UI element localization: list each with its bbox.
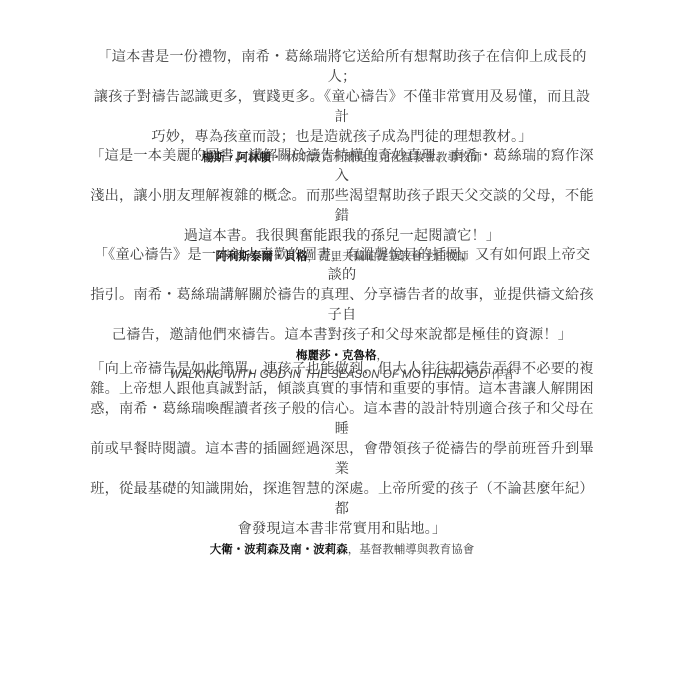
quote-line: 前或早餐時閱讀。這本書的插圖經過深思，會帶領孩子從禱告的學前班晉升到畢業 xyxy=(90,441,594,477)
quote-line: 指引。南希・葛絲瑞講解關於禱告的真理、分享禱告者的故事，並提供禱文給孩子自 xyxy=(90,287,594,323)
endorsement-quote: 「《童心禱告》是一本討人喜歡的圖書，有溫馨悅目的插圖，又有如何跟上帝交談的 指引… xyxy=(88,245,596,345)
endorsement-quote: 「這是一本美麗的圖書，講解關於禱告特權的奇妙真理。南希・葛絲瑞的寫作深入 淺出，… xyxy=(88,146,596,246)
quote-line: 巧妙，專為孩童而設；也是造就孩子成為門徒的理想教材。」 xyxy=(151,129,532,145)
quote-line: 淺出，讓小朋友理解複雜的概念。而那些渴望幫助孩子跟天父交談的父母，不能錯 xyxy=(90,188,594,224)
quote-line: 惑，南希・葛絲瑞喚醒讀者孩子般的信心。這本書的設計特別適合孩子和父母在睡 xyxy=(90,401,594,437)
quote-line: 「《童心禱告》是一本討人喜歡的圖書，有溫馨悅目的插圖，又有如何跟上帝交談的 xyxy=(94,247,590,283)
quote-line: 「這是一本美麗的圖書，講解關於禱告特權的奇妙真理。南希・葛絲瑞的寫作深入 xyxy=(90,148,594,184)
quote-line: 會發現這本書非常實用和貼地。」 xyxy=(238,521,447,537)
endorsement-quote: 「這本書是一份禮物，南希・葛絲瑞將它送給所有想幫助孩子在信仰上成長的人； 讓孩子… xyxy=(88,47,596,147)
endorser-role: 基督教輔導與教育協會 xyxy=(359,542,474,556)
endorsements-page: 「這本書是一份禮物，南希・葛絲瑞將它送給所有想幫助孩子在信仰上成長的人； 讓孩子… xyxy=(0,0,700,700)
endorsement-quote: 「向上帝禱告是如此簡單，連孩子也能做到，但大人往往把禱告弄得不必要的複 雜。上帝… xyxy=(88,359,596,539)
quote-line: 讓孩子對禱告認識更多，實踐更多。《童心禱告》不僅非常實用及易懂，而且設計 xyxy=(94,89,590,125)
quote-line: 班，從最基礎的知識開始，探進智慧的深處。上帝所愛的孩子（不論甚麼年紀）都 xyxy=(90,481,594,517)
quote-line: 「向上帝禱告是如此簡單，連孩子也能做到，但大人往往把禱告弄得不必要的複 xyxy=(90,361,594,377)
quote-line: 「這本書是一份禮物，南希・葛絲瑞將它送給所有想幫助孩子在信仰上成長的人； xyxy=(97,49,586,85)
separator: ， xyxy=(348,542,360,556)
endorsement-4: 「向上帝禱告是如此簡單，連孩子也能做到，但大人往往把禱告弄得不必要的複 雜。上帝… xyxy=(88,359,596,559)
quote-line: 雜。上帝想人跟他真誠對話，傾談真實的事情和重要的事情。這本書讓人解開困 xyxy=(90,381,594,397)
endorser-name: 大衛・波莉森及南・波莉森 xyxy=(210,542,348,556)
quote-line: 過這本書。我很興奮能跟我的孫兒一起閱讀它！」 xyxy=(184,228,501,244)
endorsement-attribution: 大衛・波莉森及南・波莉森，基督教輔導與教育協會 xyxy=(88,540,596,559)
quote-line: 己禱告，邀請他們來禱告。這本書對孩子和父母來說都是極佳的資源！」 xyxy=(112,327,572,343)
